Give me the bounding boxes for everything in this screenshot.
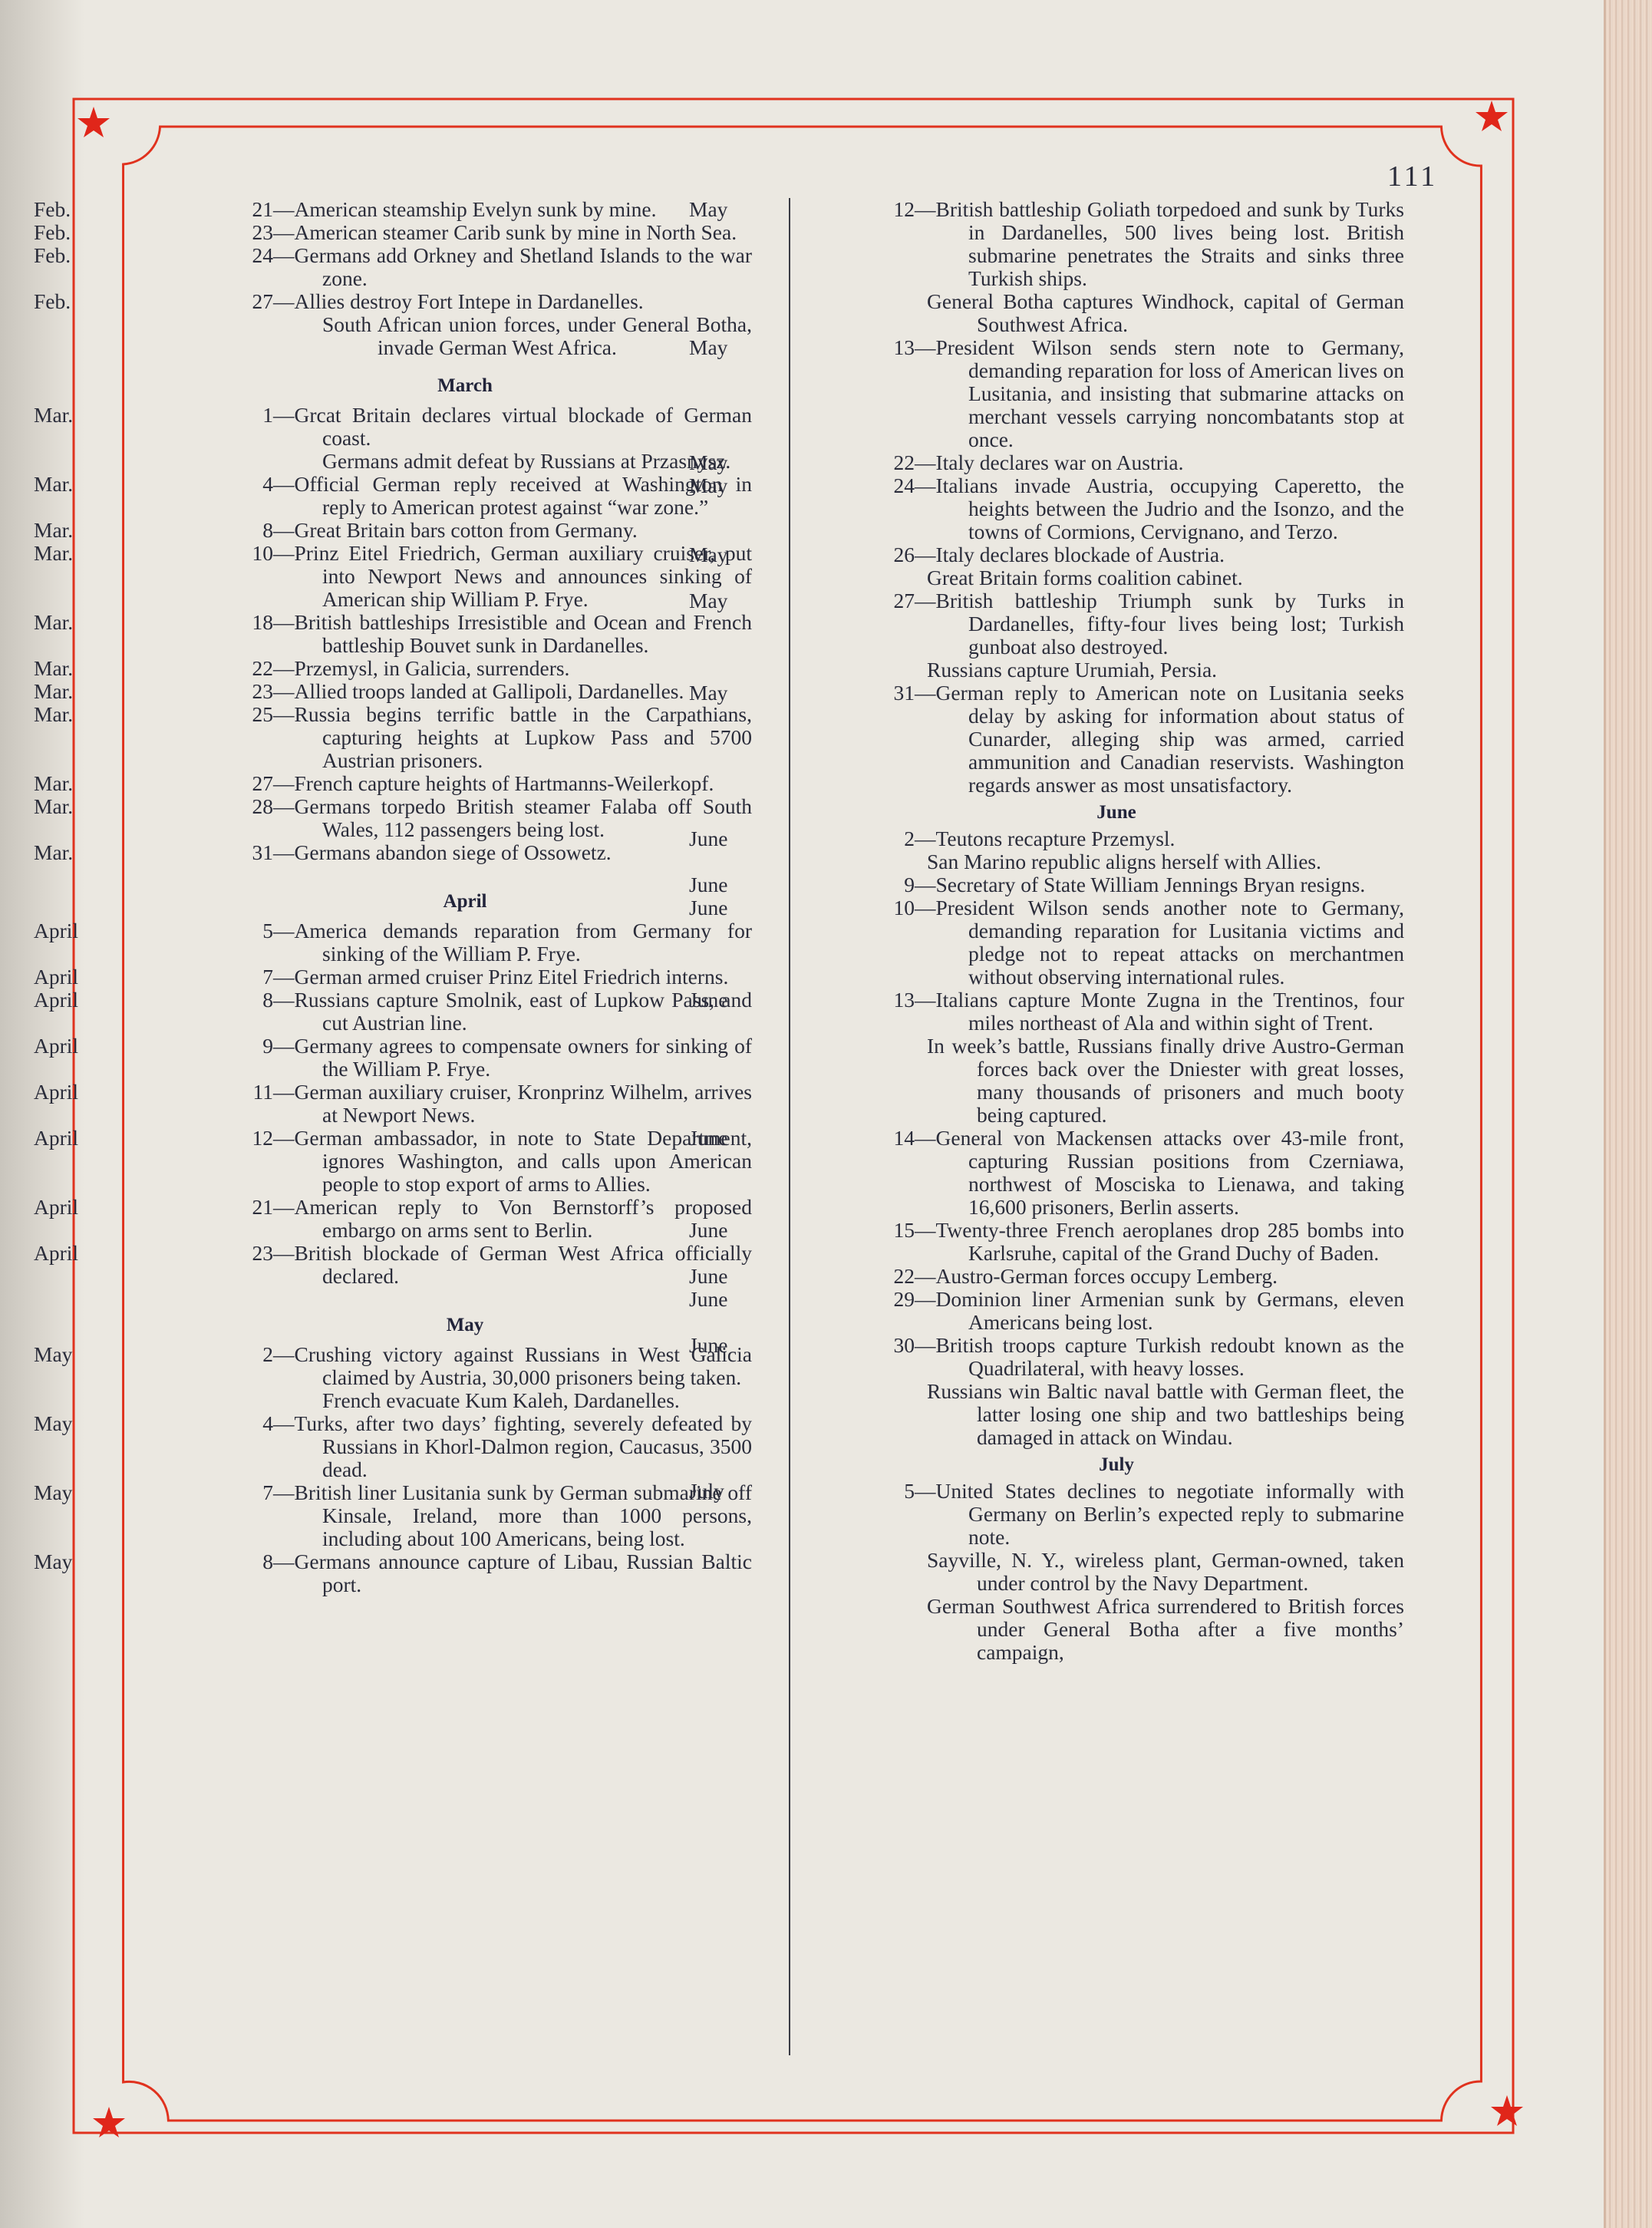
entry-day: 13 (884, 336, 915, 359)
em-dash: — (915, 1126, 936, 1150)
entry-text: —General von Mackensen attacks over 43-m… (915, 1126, 1404, 1219)
entry-date: April7 (178, 965, 273, 989)
entry-main: Mar.25—Russia begins terrific battle in … (178, 703, 752, 772)
entry-main: Mar.4—Official German reply received at … (178, 473, 752, 519)
chronology-entry: Mar.23—Allied troops landed at Gallipoli… (178, 680, 752, 703)
entry-month: June (829, 1334, 884, 1357)
entry-description: Teutons recapture Przemysl. (936, 827, 1176, 850)
entry-main: May12—British battleship Goliath torpedo… (829, 198, 1404, 290)
entry-month: Mar. (178, 657, 241, 680)
entry-month: May (829, 451, 884, 474)
entry-day: 27 (241, 290, 273, 313)
entry-text: —Przemysl, in Galicia, surrenders. (273, 656, 569, 680)
entry-text: —British battleships Irresistible and Oc… (273, 610, 752, 657)
entry-date: June2 (829, 827, 915, 850)
chronology-entry: May4—Turks, after two days’ fighting, se… (178, 1412, 752, 1481)
entry-main: June13—Italians capture Monte Zugna in t… (829, 989, 1404, 1035)
entry-description: British troops capture Turkish redoubt k… (936, 1333, 1405, 1380)
entry-month: Mar. (178, 519, 241, 542)
entry-month: May (829, 543, 884, 566)
entry-month: June (829, 1265, 884, 1288)
entry-main: May24—Italians invade Austria, occupying… (829, 474, 1404, 543)
entry-text: —Germans torpedo British steamer Falaba … (273, 794, 752, 841)
entry-description: America demands reparation from Germany … (295, 919, 753, 965)
entry-day: 12 (884, 198, 915, 221)
entry-main: April11—German auxiliary cruiser, Kronpr… (178, 1081, 752, 1127)
chronology-entry: April12—German ambassador, in note to St… (178, 1127, 752, 1196)
em-dash: — (915, 451, 936, 474)
entry-month: Feb. (178, 290, 241, 313)
em-dash: — (915, 1218, 936, 1242)
em-dash: — (273, 771, 295, 795)
entry-text: —British liner Lusitania sunk by German … (273, 1480, 752, 1550)
entry-text: —American steamship Evelyn sunk by mine. (273, 197, 657, 221)
entry-main: June29—Dominion liner Armenian sunk by G… (829, 1288, 1404, 1334)
entry-main: May13—President Wilson sends stern note … (829, 336, 1404, 451)
entry-month: July (829, 1480, 884, 1503)
entry-day: 7 (241, 965, 273, 989)
entry-day: 21 (241, 1196, 273, 1219)
entry-day: 9 (884, 873, 915, 896)
entry-day: 12 (241, 1127, 273, 1150)
month-section-march: Mar.1—Grcat Britain declares virtual blo… (178, 404, 752, 864)
entry-month: May (178, 1550, 241, 1573)
em-dash: — (273, 1034, 295, 1058)
chronology-entry: Mar.8—Great Britain bars cotton from Ger… (178, 519, 752, 542)
entry-main: Feb.27—Allies destroy Fort Intepe in Dar… (178, 290, 752, 313)
entry-main: July5—United States declines to negotiat… (829, 1480, 1404, 1549)
entry-description: American steamer Carib sunk by mine in N… (295, 220, 737, 244)
em-dash: — (273, 965, 295, 989)
entry-sub-event: German Southwest Africa surrendered to B… (927, 1595, 1404, 1664)
entry-month: April (178, 1127, 241, 1150)
em-dash: — (915, 197, 936, 221)
entry-date: May8 (178, 1550, 273, 1573)
entry-day: 9 (241, 1035, 273, 1058)
em-dash: — (915, 1479, 936, 1503)
entry-main: Feb.24—Germans add Orkney and Shetland I… (178, 244, 752, 290)
entry-date: May2 (178, 1342, 273, 1366)
month-heading: May (178, 1314, 752, 1337)
entry-date: May7 (178, 1480, 273, 1504)
entry-text: —Germany agrees to compensate owners for… (273, 1034, 752, 1081)
em-dash: — (273, 679, 295, 703)
month-heading: June (829, 801, 1404, 824)
entry-text: —Allied troops landed at Gallipoli, Dard… (273, 679, 684, 703)
entry-text: —British blockade of German West Africa … (273, 1241, 752, 1288)
entry-day: 25 (241, 703, 273, 726)
entry-text: —Grcat Britain declares virtual blockade… (273, 403, 752, 450)
chronology-entry: June10—President Wilson sends another no… (829, 896, 1404, 989)
em-dash: — (915, 589, 936, 612)
entry-main: Mar.22—Przemysl, in Galicia, surrenders. (178, 657, 752, 680)
entry-description: Turks, after two days’ fighting, severel… (295, 1411, 753, 1481)
entry-day: 23 (241, 221, 273, 244)
em-dash: — (915, 873, 936, 896)
entry-text: —United States declines to negotiate inf… (915, 1479, 1404, 1549)
entry-description: American steamship Evelyn sunk by mine. (295, 197, 657, 221)
entry-description: Twenty-three French aeroplanes drop 285 … (936, 1218, 1405, 1265)
entry-day: 5 (241, 919, 273, 942)
entry-month: April (178, 919, 241, 942)
entry-main: April12—German ambassador, in note to St… (178, 1127, 752, 1196)
chronology-entry: May13—President Wilson sends stern note … (829, 336, 1404, 451)
entry-text: —Italy declares war on Austria. (915, 451, 1184, 474)
entry-day: 10 (241, 542, 273, 565)
entry-description: German reply to American note on Lusitan… (936, 681, 1405, 797)
entry-date: June10 (829, 896, 915, 919)
entry-day: 15 (884, 1219, 915, 1242)
entry-date: June14 (829, 1126, 915, 1150)
entry-day: 8 (241, 1550, 273, 1573)
entry-day: 30 (884, 1334, 915, 1357)
entry-description: Great Britain bars cotton from Germany. (295, 518, 638, 542)
entry-main: May7—British liner Lusitania sunk by Ger… (178, 1481, 752, 1550)
entry-day: 7 (241, 1481, 273, 1504)
entry-date: May24 (829, 474, 915, 497)
entry-text: —Secretary of State William Jennings Bry… (915, 873, 1365, 896)
em-dash: — (273, 794, 295, 818)
chronology-entry: May26—Italy declares blockade of Austria… (829, 543, 1404, 589)
entry-month: June (829, 827, 884, 850)
entry-date: June30 (829, 1333, 915, 1357)
star-icon (77, 107, 110, 137)
em-dash: — (273, 1241, 295, 1265)
entry-month: May (178, 1343, 241, 1366)
entry-date: May12 (829, 197, 915, 221)
em-dash: — (273, 919, 295, 942)
entry-description: Official German reply received at Washin… (295, 472, 753, 519)
em-dash: — (273, 840, 295, 864)
entry-month: Mar. (178, 841, 241, 864)
entry-month: June (829, 989, 884, 1012)
entry-main: Feb.23—American steamer Carib sunk by mi… (178, 221, 752, 244)
entry-day: 13 (884, 989, 915, 1012)
chronology-entry: April7—German armed cruiser Prinz Eitel … (178, 965, 752, 989)
entry-month: April (178, 965, 241, 989)
entry-month: May (829, 589, 884, 612)
entry-date: Mar.4 (178, 472, 273, 496)
entry-text: —British battleship Triumph sunk by Turk… (915, 589, 1404, 658)
chronology-entry: July5—United States declines to negotiat… (829, 1480, 1404, 1664)
chronology-entry: Mar.28—Germans torpedo British steamer F… (178, 795, 752, 841)
chronology-entry: April21—American reply to Von Bernstorff… (178, 1196, 752, 1242)
month-heading: July (829, 1454, 1404, 1477)
entry-day: 24 (241, 244, 273, 267)
entry-text: —Crushing victory against Russians in We… (273, 1342, 752, 1389)
em-dash: — (273, 1126, 295, 1150)
entry-month: May (178, 1412, 241, 1435)
chronology-entry: April9—Germany agrees to compensate owne… (178, 1035, 752, 1081)
entry-date: May13 (829, 335, 915, 359)
entry-main: May27—British battleship Triumph sunk by… (829, 589, 1404, 658)
em-dash: — (273, 243, 295, 267)
entry-month: May (829, 474, 884, 497)
em-dash: — (273, 518, 295, 542)
entry-month: June (829, 1219, 884, 1242)
entry-month: June (829, 896, 884, 919)
entry-day: 10 (884, 896, 915, 919)
entry-date: April12 (178, 1126, 273, 1150)
entry-date: Mar.22 (178, 656, 273, 680)
entry-month: April (178, 1242, 241, 1265)
entry-date: April11 (178, 1080, 273, 1104)
entry-main: Mar.31—Germans abandon siege of Ossowetz… (178, 841, 752, 864)
chronology-entry: Feb.24—Germans add Orkney and Shetland I… (178, 244, 752, 290)
entry-sub-event: San Marino republic aligns herself with … (927, 850, 1404, 873)
entry-text: —Italy declares blockade of Austria. (915, 543, 1225, 566)
chronology-entry: May22—Italy declares war on Austria. (829, 451, 1404, 474)
entry-text: —Official German reply received at Washi… (273, 472, 752, 519)
entry-sub-event: South African union forces, under Genera… (322, 313, 752, 359)
entry-description: President Wilson sends stern note to Ger… (936, 335, 1405, 451)
entry-main: Mar.18—British battleships Irresistible … (178, 611, 752, 657)
entry-day: 1 (241, 404, 273, 427)
entry-date: Mar.31 (178, 840, 273, 864)
chronology-entry: April11—German auxiliary cruiser, Kronpr… (178, 1081, 752, 1127)
entry-month: June (829, 873, 884, 896)
entry-text: —German auxiliary cruiser, Kronprinz Wil… (273, 1080, 752, 1127)
chronology-entry: Mar.10—Prinz Eitel Friedrich, German aux… (178, 542, 752, 611)
chronology-entry: May8—Germans announce capture of Libau, … (178, 1550, 752, 1596)
entry-text: —German ambassador, in note to State Dep… (273, 1126, 752, 1196)
entry-text: —Twenty-three French aeroplanes drop 285… (915, 1218, 1404, 1265)
month-section-june: June2—Teutons recapture Przemysl.San Mar… (829, 827, 1404, 1449)
chronology-entry: June9—Secretary of State William Jenning… (829, 873, 1404, 896)
entry-month: Mar. (178, 611, 241, 634)
month-section-may: May2—Crushing victory against Russians i… (178, 1343, 752, 1596)
entry-date: April5 (178, 919, 273, 942)
entry-month: April (178, 989, 241, 1012)
em-dash: — (273, 610, 295, 634)
entry-text: —Teutons recapture Przemysl. (915, 827, 1175, 850)
entry-main: Mar.23—Allied troops landed at Gallipoli… (178, 680, 752, 703)
entry-month: Mar. (178, 542, 241, 565)
entry-main: Mar.10—Prinz Eitel Friedrich, German aux… (178, 542, 752, 611)
entry-date: Mar.23 (178, 679, 273, 703)
entry-main: June9—Secretary of State William Jenning… (829, 873, 1404, 896)
em-dash: — (273, 1550, 295, 1573)
em-dash: — (915, 1264, 936, 1288)
entry-main: May8—Germans announce capture of Libau, … (178, 1550, 752, 1596)
em-dash: — (273, 1480, 295, 1504)
entry-date: Mar.1 (178, 403, 273, 427)
entry-month: Mar. (178, 473, 241, 496)
entry-main: Mar.1—Grcat Britain declares virtual blo… (178, 404, 752, 450)
entry-text: —Italians invade Austria, occupying Cape… (915, 474, 1404, 543)
entry-main: June15—Twenty-three French aeroplanes dr… (829, 1219, 1404, 1265)
entry-date: Mar.18 (178, 610, 273, 634)
chronology-entry: Mar.18—British battleships Irresistible … (178, 611, 752, 657)
entry-description: Allies destroy Fort Intepe in Dardanelle… (295, 289, 644, 313)
entry-date: Feb.24 (178, 243, 273, 267)
em-dash: — (273, 1195, 295, 1219)
entry-sub-event: General Botha captures Windhock, capital… (927, 290, 1404, 336)
month-section-feb: Feb.21—American steamship Evelyn sunk by… (178, 198, 752, 359)
entry-description: German ambassador, in note to State Depa… (295, 1126, 753, 1196)
entry-description: President Wilson sends another note to G… (936, 896, 1405, 989)
entry-date: April21 (178, 1195, 273, 1219)
entry-month: May (829, 198, 884, 221)
entry-description: Germans announce capture of Libau, Russi… (295, 1550, 753, 1596)
entry-day: 22 (884, 1265, 915, 1288)
entry-sub-event: In week’s battle, Russians finally drive… (927, 1035, 1404, 1127)
entry-month: Feb. (178, 198, 241, 221)
chronology-entry: May12—British battleship Goliath torpedo… (829, 198, 1404, 336)
entry-date: Feb.27 (178, 289, 273, 313)
entry-day: 2 (241, 1343, 273, 1366)
star-icon (1476, 101, 1508, 131)
entry-description: Italians invade Austria, occupying Caper… (936, 474, 1405, 543)
entry-day: 27 (884, 589, 915, 612)
em-dash: — (915, 474, 936, 497)
entry-date: May26 (829, 543, 915, 566)
entry-text: —American steamer Carib sunk by mine in … (273, 220, 737, 244)
chronology-entry: June2—Teutons recapture Przemysl.San Mar… (829, 827, 1404, 873)
entry-main: June2—Teutons recapture Przemysl. (829, 827, 1404, 850)
entry-month: June (829, 1127, 884, 1150)
entry-description: British liner Lusitania sunk by German s… (295, 1480, 753, 1550)
entry-day: 22 (241, 657, 273, 680)
em-dash: — (915, 1287, 936, 1311)
entry-month: Feb. (178, 244, 241, 267)
entry-text: —Dominion liner Armenian sunk by Germans… (915, 1287, 1404, 1334)
entry-main: June10—President Wilson sends another no… (829, 896, 1404, 989)
entry-date: June15 (829, 1218, 915, 1242)
entry-day: 27 (241, 772, 273, 795)
column-divider (789, 198, 790, 2055)
right-column: May12—British battleship Goliath torpedo… (829, 198, 1404, 1664)
entry-main: May22—Italy declares war on Austria. (829, 451, 1404, 474)
entry-text: —Prinz Eitel Friedrich, German auxiliary… (273, 541, 752, 611)
entry-text: —Russians capture Smolnik, east of Lupko… (273, 988, 752, 1035)
entry-date: April8 (178, 988, 273, 1012)
entry-text: —Russia begins terrific battle in the Ca… (273, 702, 752, 772)
em-dash: — (915, 827, 936, 850)
em-dash: — (273, 1342, 295, 1366)
entry-description: German auxiliary cruiser, Kronprinz Wilh… (295, 1080, 753, 1127)
month-heading: March (178, 375, 752, 398)
entry-day: 4 (241, 473, 273, 496)
entry-month: April (178, 1081, 241, 1104)
em-dash: — (915, 1333, 936, 1357)
entry-day: 8 (241, 989, 273, 1012)
entry-date: May31 (829, 681, 915, 705)
entry-day: 21 (241, 198, 273, 221)
chronology-entry: June13—Italians capture Monte Zugna in t… (829, 989, 1404, 1127)
chronology-entry: Mar.4—Official German reply received at … (178, 473, 752, 519)
entry-text: —Germans announce capture of Libau, Russ… (273, 1550, 752, 1596)
entry-sub-event: Russians win Baltic naval battle with Ge… (927, 1380, 1404, 1449)
chronology-entry: June29—Dominion liner Armenian sunk by G… (829, 1288, 1404, 1334)
entry-main: April9—Germany agrees to compensate owne… (178, 1035, 752, 1081)
chronology-entry: Mar.25—Russia begins terrific battle in … (178, 703, 752, 772)
entry-text: —Austro-German forces occupy Lemberg. (915, 1264, 1278, 1288)
entry-main: Mar.8—Great Britain bars cotton from Ger… (178, 519, 752, 542)
entry-day: 8 (241, 519, 273, 542)
em-dash: — (915, 335, 936, 359)
chronology-entry: June22—Austro-German forces occupy Lembe… (829, 1265, 1404, 1288)
entry-text: —British battleship Goliath torpedoed an… (915, 197, 1404, 290)
entry-text: —America demands reparation from Germany… (273, 919, 752, 965)
left-column: Feb.21—American steamship Evelyn sunk by… (178, 198, 752, 1596)
entry-text: —British troops capture Turkish redoubt … (915, 1333, 1404, 1380)
entry-main: April8—Russians capture Smolnik, east of… (178, 989, 752, 1035)
entry-description: American reply to Von Bernstorff’s propo… (295, 1195, 753, 1242)
entry-text: —French capture heights of Hartmanns-Wei… (273, 771, 714, 795)
entry-description: Prinz Eitel Friedrich, German auxiliary … (295, 541, 753, 611)
entry-description: Przemysl, in Galicia, surrenders. (295, 656, 570, 680)
chronology-entry: Feb.27—Allies destroy Fort Intepe in Dar… (178, 290, 752, 359)
entry-month: April (178, 1035, 241, 1058)
entry-description: Secretary of State William Jennings Brya… (936, 873, 1366, 896)
page-number: 111 (1387, 160, 1438, 193)
em-dash: — (273, 220, 295, 244)
entry-month: June (829, 1288, 884, 1311)
entry-text: —Allies destroy Fort Intepe in Dardanell… (273, 289, 644, 313)
chronology-entry: April5—America demands reparation from G… (178, 919, 752, 965)
entry-text: —Italians capture Monte Zugna in the Tre… (915, 988, 1404, 1035)
chronology-entry: Mar.22—Przemysl, in Galicia, surrenders. (178, 657, 752, 680)
entry-day: 4 (241, 1412, 273, 1435)
em-dash: — (273, 988, 295, 1012)
entry-description: British battleships Irresistible and Oce… (295, 610, 753, 657)
entry-date: June22 (829, 1264, 915, 1288)
entry-day: 24 (884, 474, 915, 497)
entry-day: 22 (884, 451, 915, 474)
entry-day: 2 (884, 827, 915, 850)
entry-main: June22—Austro-German forces occupy Lembe… (829, 1265, 1404, 1288)
entry-description: British blockade of German West Africa o… (295, 1241, 753, 1288)
entry-day: 5 (884, 1480, 915, 1503)
entry-day: 31 (241, 841, 273, 864)
chronology-entry: May31—German reply to American note on L… (829, 682, 1404, 797)
entry-description: General von Mackensen attacks over 43-mi… (936, 1126, 1405, 1219)
entry-main: Feb.21—American steamship Evelyn sunk by… (178, 198, 752, 221)
entry-description: Germany agrees to compensate owners for … (295, 1034, 753, 1081)
entry-date: Mar.25 (178, 702, 273, 726)
chronology-entry: June15—Twenty-three French aeroplanes dr… (829, 1219, 1404, 1265)
month-section-july: July5—United States declines to negotiat… (829, 1480, 1404, 1664)
entry-main: May2—Crushing victory against Russians i… (178, 1343, 752, 1389)
entry-date: May4 (178, 1411, 273, 1435)
chronology-entry: Feb.21—American steamship Evelyn sunk by… (178, 198, 752, 221)
entry-main: May4—Turks, after two days’ fighting, se… (178, 1412, 752, 1481)
entry-date: Mar.10 (178, 541, 273, 565)
chronology-entry: April23—British blockade of German West … (178, 1242, 752, 1288)
entry-month: Feb. (178, 221, 241, 244)
entry-main: April7—German armed cruiser Prinz Eitel … (178, 965, 752, 989)
entry-sub-event: French evacuate Kum Kaleh, Dardanelles. (322, 1389, 752, 1412)
entry-day: 23 (241, 680, 273, 703)
entry-text: —President Wilson sends stern note to Ge… (915, 335, 1404, 451)
chronology-entry: Mar.1—Grcat Britain declares virtual blo… (178, 404, 752, 473)
chronology-entry: June14—General von Mackensen attacks ove… (829, 1127, 1404, 1219)
month-section-may-continued: May12—British battleship Goliath torpedo… (829, 198, 1404, 797)
entry-day: 11 (241, 1081, 273, 1104)
chronology-entry: April8—Russians capture Smolnik, east of… (178, 989, 752, 1035)
entry-day: 31 (884, 682, 915, 705)
em-dash: — (273, 472, 295, 496)
entry-description: Austro-German forces occupy Lemberg. (936, 1264, 1278, 1288)
entry-description: Germans torpedo British steamer Falaba o… (295, 794, 753, 841)
entry-sub-event: Russians capture Urumiah, Persia. (927, 658, 1404, 682)
entry-main: June30—British troops capture Turkish re… (829, 1334, 1404, 1380)
entry-text: —Germans abandon siege of Ossowetz. (273, 840, 612, 864)
entry-description: Russians capture Smolnik, east of Lupkow… (295, 988, 753, 1035)
entry-main: May31—German reply to American note on L… (829, 682, 1404, 797)
entry-date: Mar.8 (178, 518, 273, 542)
